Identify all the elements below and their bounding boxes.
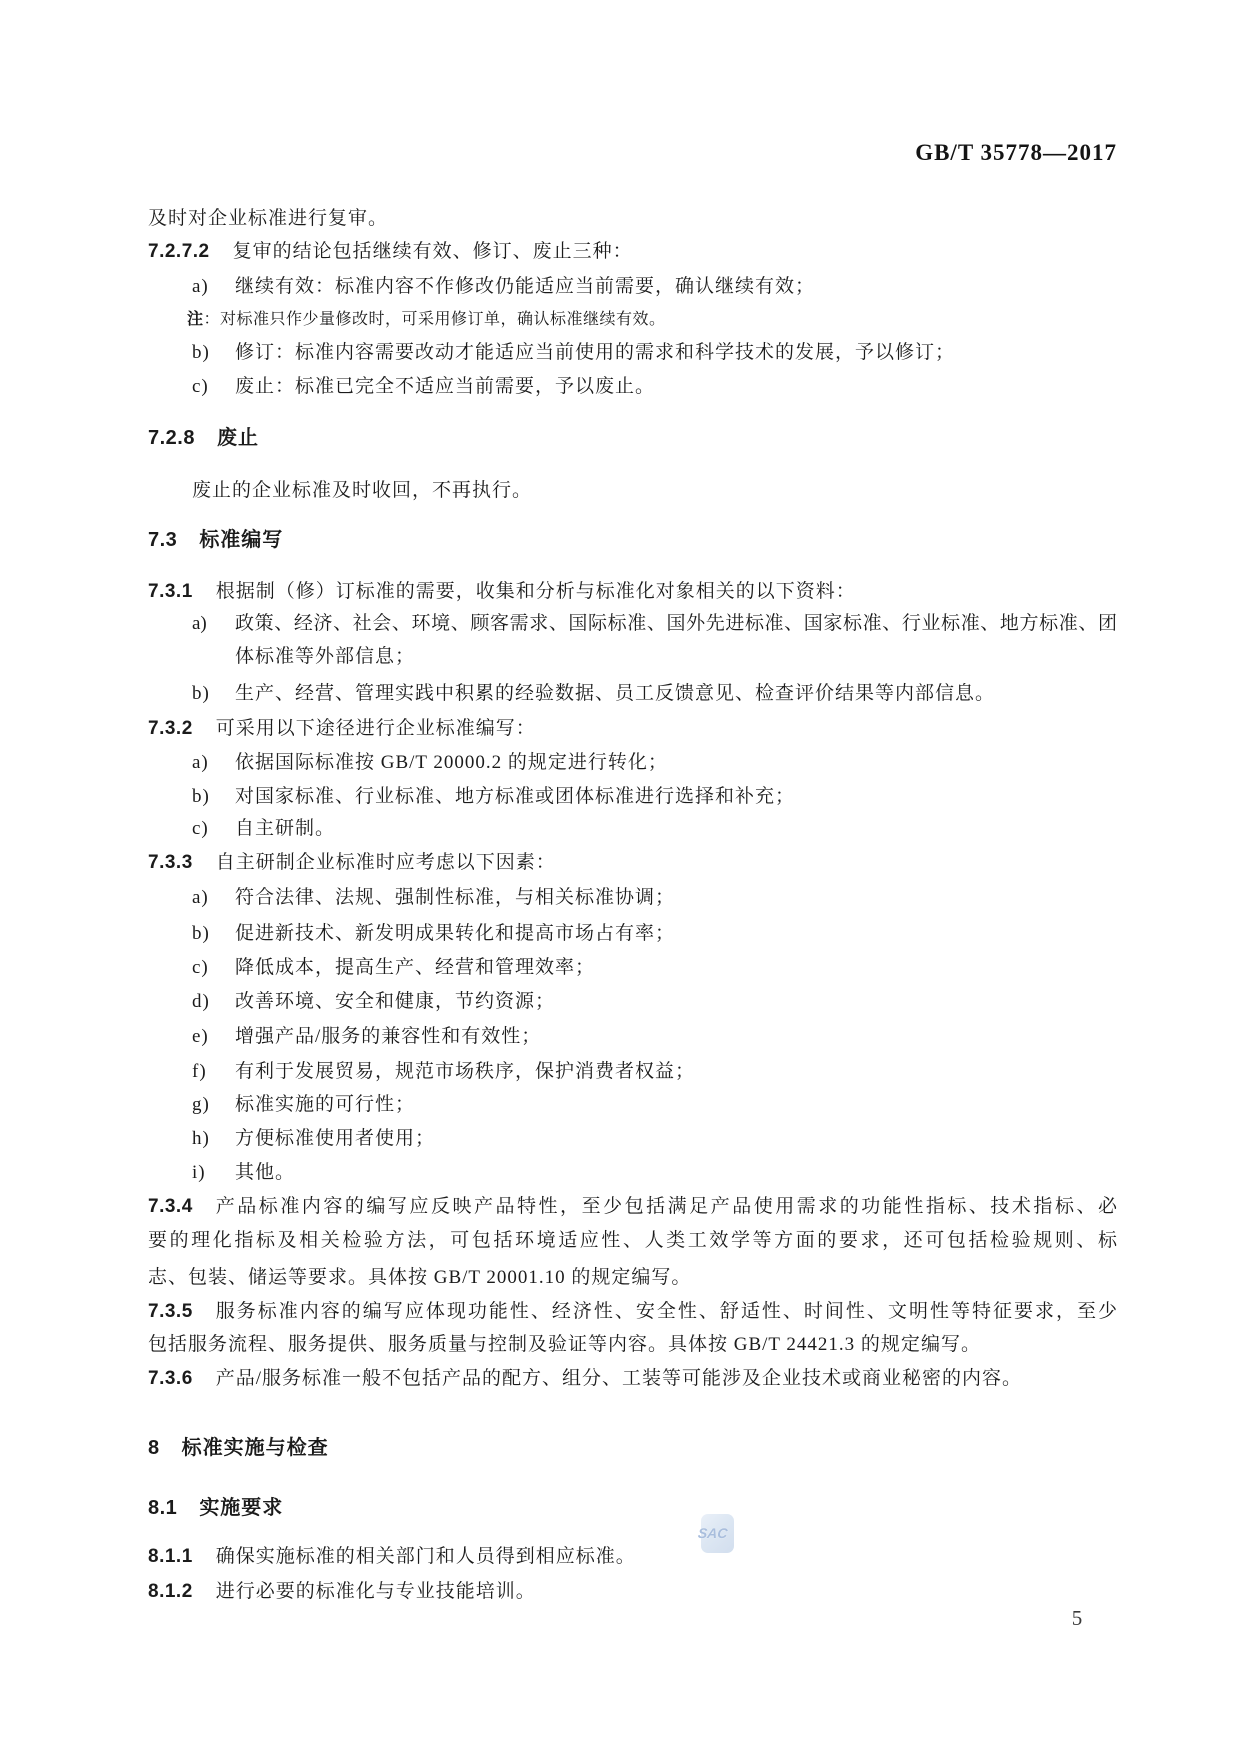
list-item-letter: a) [192,607,235,641]
list-item-text: 有利于发展贸易，规范市场秩序，保护消费者权益； [235,1055,1117,1089]
clause-text: 进行必要的标准化与专业技能培训。 [216,1575,1117,1609]
clause-text: 可采用以下途径进行企业标准编写： [216,712,1117,746]
doc-line-f): f)有利于发展贸易，规范市场秩序，保护消费者权益； [148,1055,1117,1089]
clause-text: 确保实施标准的相关部门和人员得到相应标准。 [216,1540,1117,1574]
list-item-letter: b) [192,336,235,370]
clause-number: 7.2.8 [148,421,195,455]
doc-line-7.3.6: 7.3.6产品/服务标准一般不包括产品的配方、组分、工装等可能涉及企业技术或商业… [148,1362,1117,1396]
list-item-letter: i) [192,1156,235,1190]
doc-line-8.1: 8.1实施要求 [148,1491,1117,1525]
list-item-text: 继续有效：标准内容不作修改仍能适应当前需要，确认继续有效； [235,270,1117,304]
list-item-text: 降低成本，提高生产、经营和管理效率； [235,951,1117,985]
doc-line-a): a)政策、经济、社会、环境、顾客需求、国际标准、国外先进标准、国家标准、行业标准… [148,607,1117,641]
clause-text: 产品/服务标准一般不包括产品的配方、组分、工装等可能涉及企业技术或商业秘密的内容… [216,1362,1117,1396]
clause-number: 8.1.1 [148,1540,193,1574]
clause-number: 8.1 [148,1491,177,1525]
doc-line-c): c)自主研制。 [148,812,1117,846]
list-item-text: 方便标准使用者使用； [235,1122,1117,1156]
list-item-letter: a) [192,881,235,915]
list-item-text: 生产、经营、管理实践中积累的经验数据、员工反馈意见、检查评价结果等内部信息。 [235,677,1117,711]
list-item-letter: b) [192,780,235,814]
clause-text: 根据制（修）订标准的需要，收集和分析与标准化对象相关的以下资料： [216,575,1117,609]
list-item-letter: c) [192,370,235,404]
clause-text: 实施要求 [199,1491,283,1525]
clause-number: 7.3.6 [148,1362,193,1396]
doc-line-text-7: 废止的企业标准及时收回，不再执行。 [148,474,1117,508]
list-item-text: 标准实施的可行性； [235,1088,1117,1122]
doc-line-c): c)降低成本，提高生产、经营和管理效率； [148,951,1117,985]
list-item-letter: f) [192,1055,235,1089]
doc-line-text-29: 志、包装、储运等要求。具体按 GB/T 20001.10 的规定编写。 [148,1261,1117,1295]
sac-watermark-logo: SAC [701,1514,734,1553]
clause-number: 8.1.2 [148,1575,193,1609]
clause-number: 7.3.3 [148,846,193,880]
doc-line-h): h)方便标准使用者使用； [148,1122,1117,1156]
doc-line-text-0: 及时对企业标准进行复审。 [148,202,1117,236]
doc-line-8.1.1: 8.1.1确保实施标准的相关部门和人员得到相应标准。 [148,1540,1117,1574]
doc-line-b): b)促进新技术、新发明成果转化和提高市场占有率； [148,917,1117,951]
list-item-letter: c) [192,812,235,846]
doc-line-7.3.1: 7.3.1根据制（修）订标准的需要，收集和分析与标准化对象相关的以下资料： [148,575,1117,609]
clause-number: 7.3.1 [148,575,193,609]
doc-line-e): e)增强产品/服务的兼容性和有效性； [148,1020,1117,1054]
doc-line-7.3.3: 7.3.3自主研制企业标准时应考虑以下因素： [148,846,1117,880]
doc-line-b): b)对国家标准、行业标准、地方标准或团体标准进行选择和补充； [148,780,1117,814]
list-item-letter: b) [192,917,235,951]
doc-line-c): c)废止：标准已完全不适应当前需要，予以废止。 [148,370,1117,404]
doc-line-7.3: 7.3标准编写 [148,523,1117,557]
doc-line-text-31: 包括服务流程、服务提供、服务质量与控制及验证等内容。具体按 GB/T 24421… [148,1328,1117,1362]
clause-number: 7.2.7.2 [148,235,210,269]
list-item-text: 修订：标准内容需要改动才能适应当前使用的需求和科学技术的发展，予以修订； [235,336,1117,370]
list-item-letter: a) [192,270,235,304]
doc-line-b): b)修订：标准内容需要改动才能适应当前使用的需求和科学技术的发展，予以修订； [148,336,1117,370]
clause-number: 7.3.2 [148,712,193,746]
list-item-letter: h) [192,1122,235,1156]
doc-line-7.2.7.2: 7.2.7.2复审的结论包括继续有效、修订、废止三种： [148,235,1117,269]
list-item-letter: b) [192,677,235,711]
doc-line-text-11: 体标准等外部信息； [148,640,1204,674]
doc-line-8.1.2: 8.1.2进行必要的标准化与专业技能培训。 [148,1575,1117,1609]
doc-line-text-3: 注：对标准只作少量修改时，可采用修订单，确认标准继续有效。 [148,303,1117,337]
doc-line-g): g)标准实施的可行性； [148,1088,1117,1122]
doc-line-7.3.4: 7.3.4产品标准内容的编写应反映产品特性，至少包括满足产品使用需求的功能性指标… [148,1190,1117,1224]
list-item-text: 自主研制。 [235,812,1117,846]
clause-text: 标准实施与检查 [182,1431,329,1465]
sac-watermark-text: SAC [697,1525,728,1541]
list-item-text: 符合法律、法规、强制性标准，与相关标准协调； [235,881,1117,915]
list-item-text: 改善环境、安全和健康，节约资源； [235,985,1117,1019]
list-item-text: 其他。 [235,1156,1117,1190]
note-marker: 注 [187,303,204,337]
doc-line-text-28: 要的理化指标及相关检验方法，可包括环境适应性、人类工效学等方面的要求，还可包括检… [148,1224,1117,1258]
clause-text: 废止 [217,421,259,455]
doc-line-d): d)改善环境、安全和健康，节约资源； [148,985,1117,1019]
doc-line-7.2.8: 7.2.8废止 [148,421,1117,455]
clause-number: 7.3 [148,523,177,557]
list-item-letter: d) [192,985,235,1019]
list-item-text: 政策、经济、社会、环境、顾客需求、国际标准、国外先进标准、国家标准、行业标准、地… [235,607,1117,641]
doc-line-a): a)符合法律、法规、强制性标准，与相关标准协调； [148,881,1117,915]
clause-number: 8 [148,1431,160,1465]
doc-line-a): a)依据国际标准按 GB/T 20000.2 的规定进行转化； [148,746,1117,780]
doc-line-7.3.5: 7.3.5服务标准内容的编写应体现功能性、经济性、安全性、舒适性、时间性、文明性… [148,1295,1117,1329]
list-item-text: 对国家标准、行业标准、地方标准或团体标准进行选择和补充； [235,780,1117,814]
doc-line-a): a)继续有效：标准内容不作修改仍能适应当前需要，确认继续有效； [148,270,1117,304]
list-item-letter: e) [192,1020,235,1054]
list-item-text: 增强产品/服务的兼容性和有效性； [235,1020,1117,1054]
list-item-letter: g) [192,1088,235,1122]
doc-line-7.3.2: 7.3.2可采用以下途径进行企业标准编写： [148,712,1117,746]
standard-document-page: GB/T 35778—2017 及时对企业标准进行复审。7.2.7.2复审的结论… [0,0,1241,1754]
clause-text: 服务标准内容的编写应体现功能性、经济性、安全性、舒适性、时间性、文明性等特征要求… [216,1295,1117,1329]
list-item-text: 废止：标准已完全不适应当前需要，予以废止。 [235,370,1117,404]
list-item-letter: a) [192,746,235,780]
list-item-letter: c) [192,951,235,985]
doc-line-b): b)生产、经营、管理实践中积累的经验数据、员工反馈意见、检查评价结果等内部信息。 [148,677,1117,711]
list-item-text: 依据国际标准按 GB/T 20000.2 的规定进行转化； [235,746,1117,780]
clause-number: 7.3.4 [148,1190,193,1224]
clause-text: 标准编写 [199,523,283,557]
doc-line-i): i)其他。 [148,1156,1117,1190]
list-item-text: 促进新技术、新发明成果转化和提高市场占有率； [235,917,1117,951]
clause-number: 7.3.5 [148,1295,193,1329]
clause-text: 产品标准内容的编写应反映产品特性，至少包括满足产品使用需求的功能性指标、技术指标… [216,1190,1117,1224]
note-text: ：对标准只作少量修改时，可采用修订单，确认标准继续有效。 [204,303,666,337]
clause-text: 自主研制企业标准时应考虑以下因素： [216,846,1117,880]
doc-line-8: 8标准实施与检查 [148,1431,1117,1465]
standard-number-header: GB/T 35778—2017 [915,140,1117,166]
page-number: 5 [1062,1606,1092,1631]
clause-text: 复审的结论包括继续有效、修订、废止三种： [233,235,1117,269]
